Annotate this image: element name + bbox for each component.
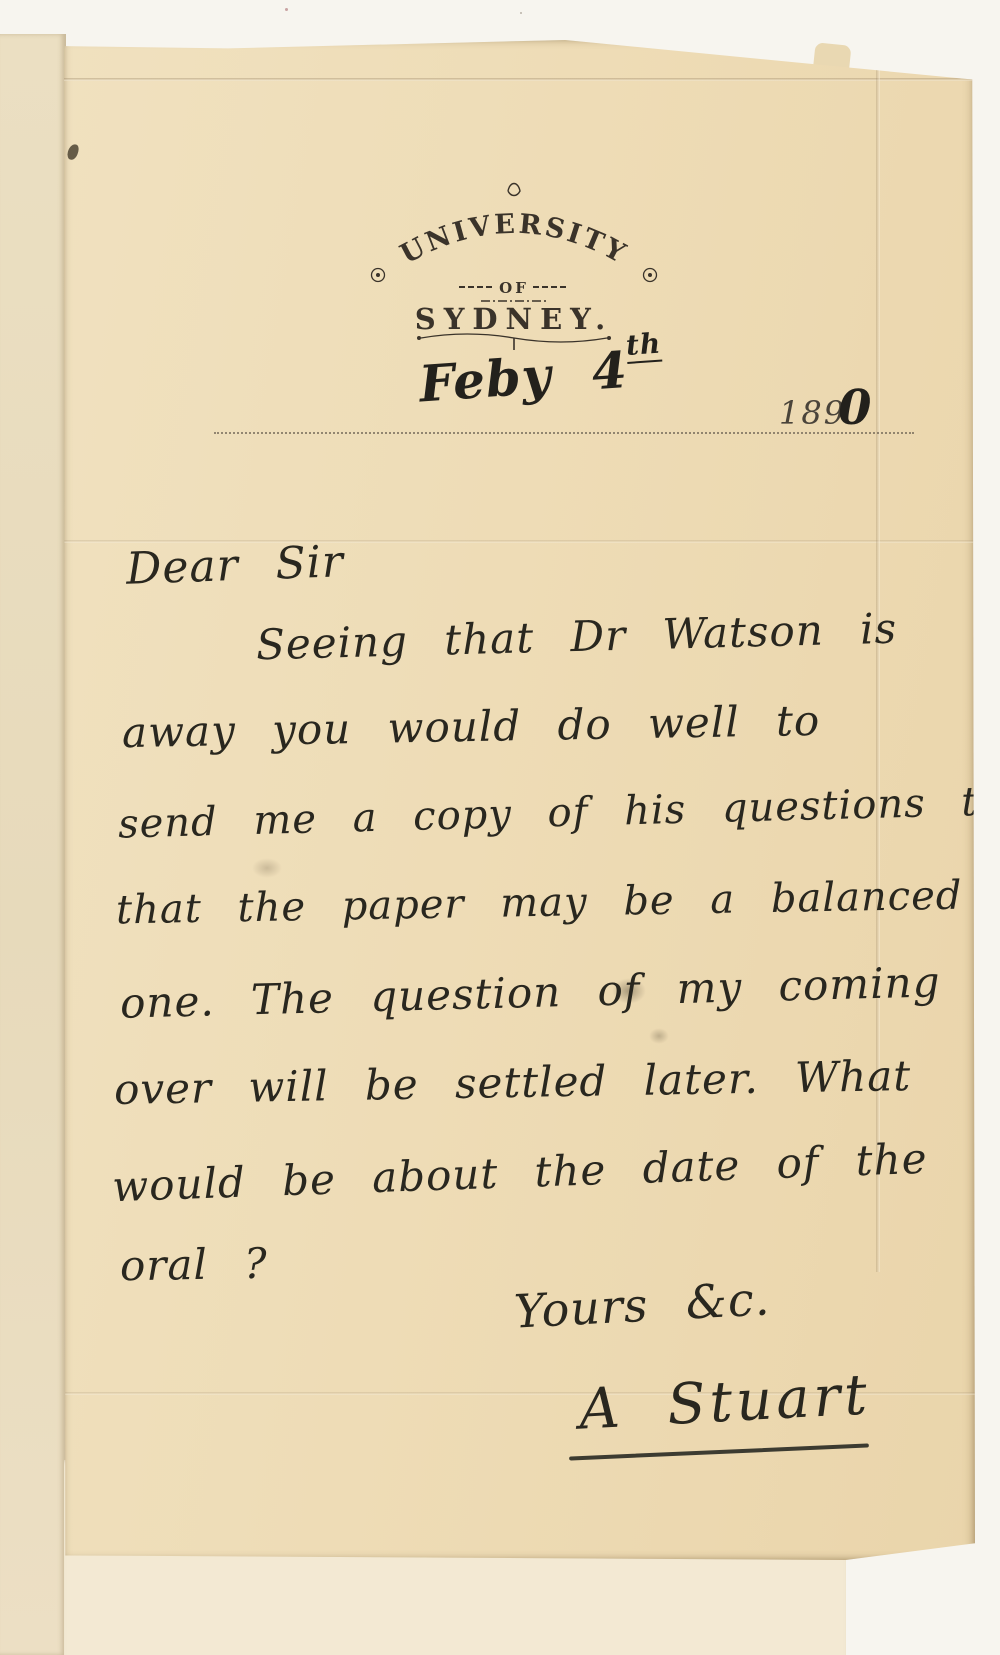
handwritten-line: away you would do well to: [122, 696, 821, 757]
closing: Yours &c.: [513, 1271, 772, 1338]
handwritten-line: Seeing that Dr Watson is: [255, 604, 897, 670]
handwritten-date-suffix: th: [625, 327, 663, 364]
handwritten-line: would be about the date of the: [111, 1134, 928, 1211]
handwritten-line: send me a copy of his questions to: [118, 778, 1000, 847]
signature: A Stuart: [577, 1362, 872, 1442]
salutation: Dear Sir: [125, 536, 344, 595]
paper-crease: [64, 78, 975, 81]
handwritten-date: Feby 4th: [417, 338, 665, 414]
handwritten-line: one. The question of my coming: [119, 957, 941, 1027]
handwritten-line: over will be settled later. What: [114, 1051, 912, 1114]
letterhead-of-text: OF: [499, 279, 529, 297]
dateline: Feby 4th 1890: [214, 340, 924, 470]
folded-back-page-edge: [0, 34, 66, 1655]
printed-year-prefix: 189: [779, 394, 846, 432]
university-of-sydney-letterhead: UNIVERSITY OF SYDNEY.: [359, 175, 669, 350]
letterhead-sydney-text: SYDNEY.: [415, 302, 613, 336]
paper-stain: [252, 858, 282, 878]
signature-underline-flourish: [569, 1443, 869, 1460]
paper-stain: [649, 1028, 669, 1044]
year: 1890: [779, 380, 871, 436]
handwritten-date-main: Feby 4: [417, 340, 629, 413]
handwritten-line: oral ?: [120, 1239, 269, 1291]
handwritten-line: that the paper may be a balanced: [116, 873, 963, 934]
scan-speck: [285, 8, 288, 11]
scanned-letter: { "letterhead": { "arc_text": "UNIVERSIT…: [0, 0, 1000, 1655]
letterhead-spiral-left-dot: [376, 273, 380, 277]
letterhead-top-ornament: [508, 184, 520, 196]
letterhead-arc-text: UNIVERSITY: [395, 209, 632, 271]
handwritten-year-digit: 0: [838, 380, 871, 436]
ink-blot: [66, 143, 80, 161]
letter-page: UNIVERSITY OF SYDNEY. Feby 4th 1890 Dear…: [64, 40, 975, 1560]
scan-speck: [520, 12, 522, 14]
letterhead-spiral-right-dot: [648, 273, 652, 277]
